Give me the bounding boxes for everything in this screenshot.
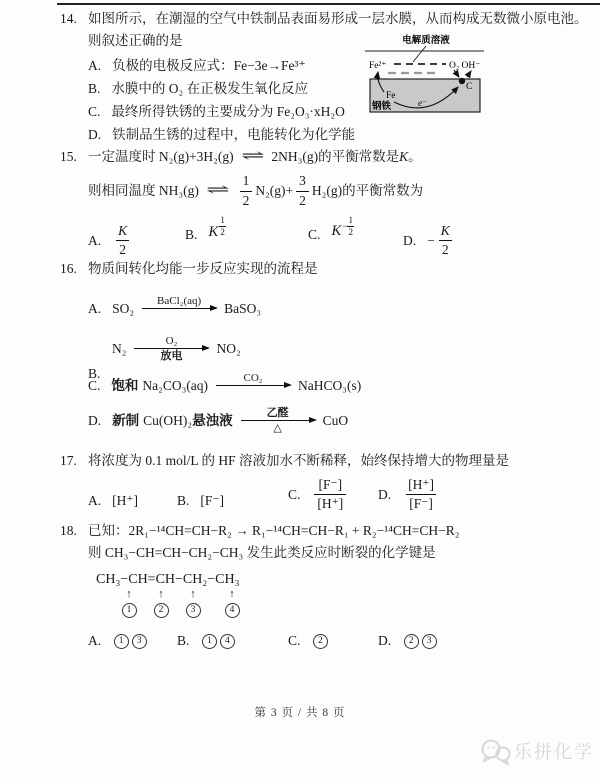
q18-stem-line2: 则 CH₃−CH=CH−CH₂−CH₃ 发生此类反应时断裂的化学键是 [88, 542, 592, 564]
q16-a-reactant: SO₂ [112, 298, 134, 320]
bond-marker-4: ↑ 4 [223, 589, 241, 618]
q15-number: 15. [60, 146, 88, 168]
reaction-arrow: BaCl₂(aq) [142, 294, 216, 323]
bond-marker-2: ↑ 2 [152, 589, 170, 618]
question-15: 15. 一定温度时 N₂(g)+3H₂(g) ⇌ 2NH₃(g)的平衡常数是 K… [60, 146, 592, 264]
q14-option-d-text: 铁制品生锈的过程中，电能转化为化学能 [112, 127, 355, 142]
q18-option-b: B. 14 [177, 630, 236, 652]
q15-k-symbol: K [399, 146, 408, 168]
q18-structure-formula: CH₃−CH=CH−CH₂−CH₃ [96, 572, 592, 588]
q16-option-b-reaction: N₂ O₂放电 NO₂ [112, 334, 241, 363]
q14-option-b-label: B. [88, 81, 100, 96]
watermark-text: 乐拼化学 [514, 741, 594, 763]
q14-option-c-label: C. [88, 104, 100, 119]
watermark: 乐拼化学 [478, 737, 594, 767]
q16-d-bold1: 新制 [112, 410, 139, 432]
fraction-three-halves: 32 [296, 174, 309, 207]
up-arrow-icon: ↑ [190, 589, 196, 600]
q17-stem: 17. 将浓度为 0.1 mol/L 的 HF 溶液加水不断稀释，始终保持增大的… [60, 450, 592, 472]
q17-b-text: [F⁻] [200, 490, 224, 512]
concentration-ratio: [H⁺][F⁻] [405, 478, 437, 511]
diagram-carbon-label: C [466, 82, 472, 92]
page-number: 第 3 页 / 共 8 页 [0, 702, 600, 724]
fraction-one-half: 12 [240, 174, 253, 207]
up-arrow-icon: ↑ [158, 589, 164, 600]
q16-c-product: NaHCO₃(s) [298, 375, 361, 397]
diagram-fe-ion-label: Fe²⁺ [369, 61, 386, 71]
q16-c-bold: 饱和 [111, 375, 138, 397]
q16-b-product: NO₂ [216, 338, 240, 360]
q18-options: A. 13 B. 14 C. 2 D. 23 [60, 630, 592, 654]
q15-stem-line2: 则相同温度 NH₃(g) ⇌ 12 N₂(g)+ 32 H₂(g)的平衡常数为 [88, 174, 592, 208]
q17-stem-text: 将浓度为 0.1 mol/L 的 HF 溶液加水不断稀释，始终保持增大的物理量是 [88, 450, 509, 472]
q18-number: 18. [60, 520, 88, 542]
q14-option-c: C.最终所得铁锈的主要成分为 Fe₂O₃·xH₂O [88, 100, 360, 123]
k-power-half: K 12 [208, 225, 226, 246]
reaction-arrow: CO₂ [216, 371, 290, 400]
q15-option-d: D. − K2 [403, 224, 456, 257]
up-arrow-icon: ↑ [126, 589, 132, 600]
q16-d-product: CuO [323, 410, 349, 432]
concentration-ratio: [F⁻][H⁺] [314, 478, 346, 511]
q15-line2-mid: N₂(g)+ [255, 180, 293, 202]
q16-stem-text: 物质间转化均能一步反应实现的流程是 [88, 258, 318, 280]
question-16: 16. 物质间转化均能一步反应实现的流程是 A. SO₂ BaCl₂(aq) B… [60, 258, 592, 448]
equilibrium-arrow: ⇌ [241, 150, 264, 164]
bond-marker-1: ↑ 1 [120, 589, 138, 618]
top-rule [57, 3, 600, 5]
k-power-minus-half: K −12 [331, 224, 354, 246]
q14-number: 14. [60, 8, 88, 30]
up-arrow-icon: ↑ [229, 589, 235, 600]
fraction-k-over-2: K2 [438, 224, 453, 257]
q18-option-a: A. 13 [88, 630, 148, 652]
q15-line1-post: 2NH₃(g)的平衡常数是 [271, 146, 399, 168]
q14-option-d-label: D. [88, 127, 101, 142]
diagram-steel-label: 钢铁 [371, 100, 392, 112]
q18-stem-line1: 18. 已知：2R₁−¹⁴CH=CH−R₂ → R₁−¹⁴CH=CH−R₁ + … [60, 520, 592, 542]
q14-corrosion-diagram: 电解质溶液 Fe²⁺ O₂ OH⁻ C Fe e⁻ 钢铁 [358, 30, 496, 138]
minus-sign: − [427, 230, 435, 252]
q16-d-bold2: 悬浊液 [192, 410, 233, 432]
q17-options: A. [H⁺] B. [F⁻] C. [F⁻][H⁺] D. [H⁺][F⁻] [60, 478, 592, 524]
q17-number: 17. [60, 450, 88, 472]
equilibrium-arrow: ⇌ [206, 184, 229, 198]
q16-d-formula: Cu(OH)₂ [143, 410, 192, 432]
q14-option-a-label: A. [88, 58, 101, 73]
diagram-electrolyte-label: 电解质溶液 [402, 34, 450, 46]
diagram-o2-arrow [454, 70, 459, 77]
diagram-pointer-line [413, 46, 426, 62]
q14-option-a: A.负极的电极反应式：Fe−3e→Fe³⁺ [88, 54, 360, 77]
q17-option-c: C. [F⁻][H⁺] [288, 478, 349, 511]
q16-option-c: C. 饱和 Na₂CO₃(aq) CO₂ NaHCO₃(s) [88, 371, 361, 400]
q14-stem-line1: 14. 如图所示，在潮湿的空气中铁制品表面易形成一层水膜，从而构成无数微小原电池… [60, 8, 592, 30]
q17-option-d: D. [H⁺][F⁻] [378, 478, 440, 511]
question-14: 14. 如图所示，在潮湿的空气中铁制品表面易形成一层水膜，从而构成无数微小原电池… [60, 8, 592, 146]
question-17: 17. 将浓度为 0.1 mol/L 的 HF 溶液加水不断稀释，始终保持增大的… [60, 450, 592, 524]
q14-option-b-text: 水膜中的 O₂ 在正极发生氧化反应 [111, 81, 308, 96]
q15-line1-pre: 一定温度时 N₂(g)+3H₂(g) [88, 146, 234, 168]
q15-option-a: A. K2 [88, 224, 133, 257]
exam-page: 14. 如图所示，在潮湿的空气中铁制品表面易形成一层水膜，从而构成无数微小原电池… [0, 0, 600, 777]
q18-option-d: D. 23 [378, 630, 438, 652]
q16-option-a: A. SO₂ BaCl₂(aq) BaSO₃ [88, 294, 261, 323]
q15-stem-line1: 15. 一定温度时 N₂(g)+3H₂(g) ⇌ 2NH₃(g)的平衡常数是 K… [60, 146, 592, 168]
q16-option-d: D. 新制 Cu(OH)₂ 悬浊液 乙醛△ CuO [88, 406, 348, 435]
q15-option-c: C. K −12 [308, 224, 354, 246]
diagram-oh-arrow [467, 71, 471, 77]
q17-option-a: A. [H⁺] [88, 490, 138, 512]
q16-c-reactant: Na₂CO₃(aq) [142, 375, 208, 397]
reaction-arrow: O₂放电 [134, 334, 208, 363]
q15-line2-post: H₂(g)的平衡常数为 [312, 180, 423, 202]
q16-b-reactant: N₂ [112, 338, 126, 360]
q14-stem-line2: 则叙述正确的是 [88, 30, 592, 52]
q15-option-b: B. K 12 [185, 224, 226, 246]
q15-line1-end: 。 [408, 146, 422, 168]
q16-number: 16. [60, 258, 88, 280]
q14-option-b: B.水膜中的 O₂ 在正极发生氧化反应 [88, 77, 360, 100]
q14-stem-text: 如图所示，在潮湿的空气中铁制品表面易形成一层水膜，从而构成无数微小原电池。 [88, 8, 588, 30]
q15-line2-pre: 则相同温度 NH₃(g) [88, 180, 199, 202]
diagram-fe-label: Fe [386, 91, 396, 101]
q18-given-reaction: 已知：2R₁−¹⁴CH=CH−R₂ → R₁−¹⁴CH=CH−R₁ + R₂−¹… [88, 520, 459, 542]
q14-option-d: D.铁制品生锈的过程中，电能转化为化学能 [88, 123, 360, 146]
q18-structure: CH₃−CH=CH−CH₂−CH₃ ↑ 1 ↑ 2 ↑ 3 ↑ 4 [96, 572, 592, 620]
q14-option-a-text: 负极的电极反应式：Fe−3e→Fe³⁺ [112, 58, 306, 73]
q16-stem: 16. 物质间转化均能一步反应实现的流程是 [60, 258, 592, 280]
reaction-arrow: 乙醛△ [241, 406, 315, 435]
diagram-carbon-dot [459, 78, 465, 84]
q14-option-c-text: 最终所得铁锈的主要成分为 Fe₂O₃·xH₂O [111, 104, 345, 119]
q17-a-text: [H⁺] [112, 490, 138, 512]
q17-option-b: B. [F⁻] [177, 490, 224, 512]
bond-marker-3: ↑ 3 [184, 589, 202, 618]
wechat-bubbles-icon [478, 737, 514, 767]
fraction-k-over-2: K2 [115, 224, 130, 257]
q16-a-product: BaSO₃ [224, 298, 261, 320]
diagram-o2-oh-label: O₂ OH⁻ [449, 61, 480, 71]
q18-option-c: C. 2 [288, 630, 329, 652]
question-18: 18. 已知：2R₁−¹⁴CH=CH−R₂ → R₁−¹⁴CH=CH−R₁ + … [60, 520, 592, 654]
